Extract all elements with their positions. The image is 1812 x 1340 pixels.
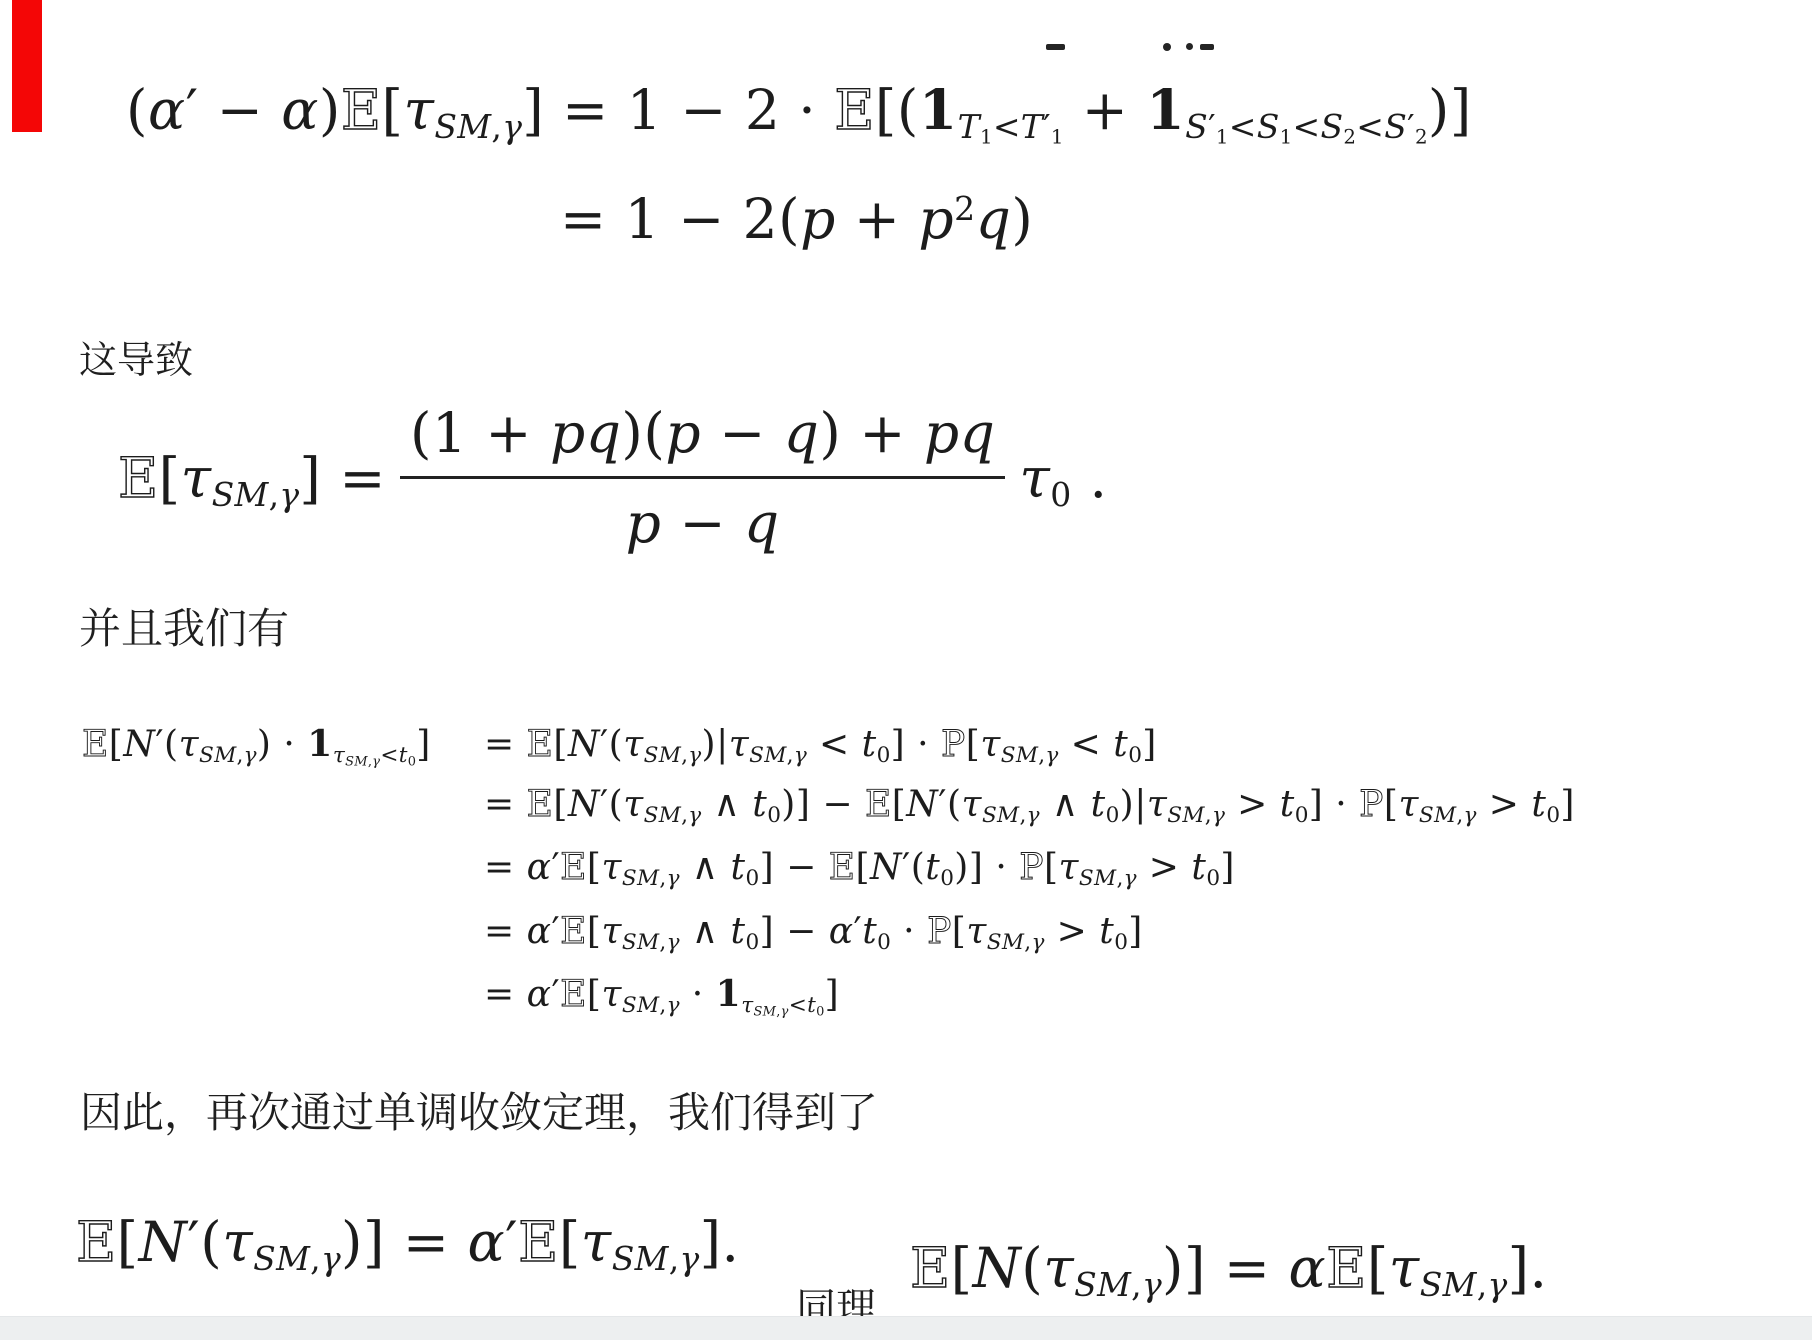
equation-alpha-difference-line1: (α′ − α)E[τSM,γ] = 1 − 2 · E[(1T1<T′1 + …	[126, 76, 1472, 145]
cropped-text-dot-artifact	[1163, 43, 1171, 51]
fraction-rhs-tail: τ0 .	[1019, 444, 1107, 513]
aligned-block-line-3: = α′E[τSM,γ ∧ t0] − E[N′(t0)] · P[τSM,γ …	[484, 845, 1235, 890]
equation-result-nprime: E[N′(τSM,γ)] = α′E[τSM,γ].	[76, 1208, 740, 1277]
document-page: { "page": { "background": "#ffffff", "te…	[0, 0, 1812, 1340]
fraction-numerator: (1 + pq)(p − q) + pq	[400, 399, 1005, 476]
fraction: (1 + pq)(p − q) + pq p − q	[400, 399, 1005, 558]
cropped-text-dash-artifact	[1200, 44, 1214, 50]
cropped-text-dot-artifact	[1186, 43, 1193, 50]
cropped-text-dash-artifact	[1046, 44, 1065, 50]
bottom-gray-band	[0, 1316, 1812, 1340]
red-marker-bar	[12, 0, 42, 132]
equation-expectation-fraction: E[τSM,γ] = (1 + pq)(p − q) + pq p − q τ0…	[118, 398, 1108, 558]
equation-alpha-difference-line2: = 1 − 2(p + p2q)	[560, 185, 1033, 254]
aligned-block-line-5: = α′E[τSM,γ · 1τSM,γ<t0]	[484, 972, 839, 1017]
aligned-block-line-4: = α′E[τSM,γ ∧ t0] − α′t0 · P[τSM,γ > t0]	[484, 909, 1143, 954]
aligned-block-lhs: E[N′(τSM,γ) · 1τSM,γ<t0]	[82, 722, 431, 767]
fraction-lhs: E[τSM,γ] =	[118, 444, 386, 513]
paragraph-therefore: 因此，再次通过单调收敛定理，我们得到了	[80, 1080, 878, 1140]
fraction-denominator: p − q	[400, 476, 1005, 558]
paragraph-and-we-have: 并且我们有	[79, 596, 289, 656]
aligned-block-line-2: = E[N′(τSM,γ ∧ t0)] − E[N′(τSM,γ ∧ t0)|τ…	[484, 782, 1575, 827]
aligned-block-line-1: = E[N′(τSM,γ)|τSM,γ < t0] · P[τSM,γ < t0…	[484, 722, 1157, 767]
paragraph-lead-in: 这导致	[79, 329, 193, 384]
equation-result-n: E[N(τSM,γ)] = αE[τSM,γ].	[910, 1234, 1548, 1303]
